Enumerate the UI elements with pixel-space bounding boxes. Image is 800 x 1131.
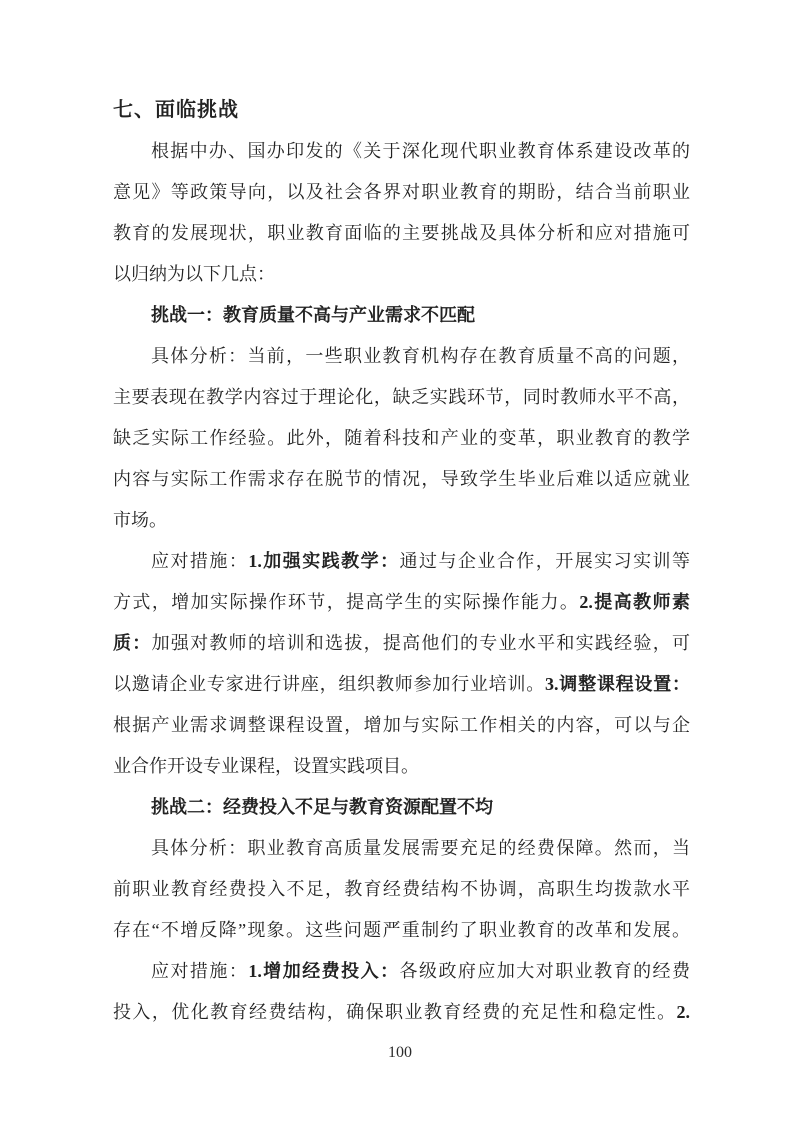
text-run: 具体分析：职业教育高质量发展需要充足的经费保障。然而，当 xyxy=(151,838,690,858)
text-line: 存在“不增反降”现象。这些问题严重制约了职业教育的改革和发展。 xyxy=(113,910,690,951)
text-run: 业合作开设专业课程，设置实践项目。 xyxy=(113,756,419,776)
text-run: 内容与实际工作需求存在脱节的情况，导致学生毕业后难以适应就业 xyxy=(113,469,690,489)
text-run: 缺乏实际工作经验。此外，随着科技和产业的变革，职业教育的教学 xyxy=(113,428,690,448)
text-line: 教育的发展现状，职业教育面临的主要挑战及具体分析和应对措施可 xyxy=(113,213,690,254)
text-run: 应对措施： xyxy=(151,551,248,571)
bold-text-run: 2. xyxy=(677,1002,691,1022)
text-line: 以归纳为以下几点： xyxy=(113,254,690,295)
bold-text-run: 挑战一：教育质量不高与产业需求不匹配 xyxy=(151,305,475,325)
text-run: 通过与企业合作，开展实习实训等 xyxy=(400,551,690,571)
text-run: 根据中办、国办印发的《关于深化现代职业教育体系建设改革的 xyxy=(151,141,690,161)
text-line: 挑战二：经费投入不足与教育资源配置不均 xyxy=(113,787,690,828)
text-run: 方式，增加实际操作环节，提高学生的实际操作能力。 xyxy=(113,592,579,612)
text-line: 投入，优化教育经费结构，确保职业教育经费的充足性和稳定性。2. xyxy=(113,992,690,1033)
bold-text-run: 挑战二：经费投入不足与教育资源配置不均 xyxy=(151,797,493,817)
text-line: 应对措施：1.增加经费投入：各级政府应加大对职业教育的经费 xyxy=(113,951,690,992)
text-run: 以邀请企业专家进行讲座，组织教师参加行业培训。 xyxy=(113,674,545,694)
text-line: 内容与实际工作需求存在脱节的情况，导致学生毕业后难以适应就业 xyxy=(113,459,690,500)
bold-text-run: 1.加强实践教学： xyxy=(248,551,399,571)
text-run: 教育的发展现状，职业教育面临的主要挑战及具体分析和应对措施可 xyxy=(113,223,690,243)
text-line: 意见》等政策导向，以及社会各界对职业教育的期盼，结合当前职业 xyxy=(113,172,690,213)
bold-text-run: 质： xyxy=(113,633,152,653)
text-line: 挑战一：教育质量不高与产业需求不匹配 xyxy=(113,295,690,336)
text-run: 前职业教育经费投入不足，教育经费结构不协调，高职生均拨款水平 xyxy=(113,879,690,899)
text-run: 投入，优化教育经费结构，确保职业教育经费的充足性和稳定性。 xyxy=(113,1002,677,1022)
document-content: 七、面临挑战 根据中办、国办印发的《关于深化现代职业教育体系建设改革的意见》等政… xyxy=(113,90,690,1033)
text-line: 以邀请企业专家进行讲座，组织教师参加行业培训。3.调整课程设置： xyxy=(113,664,690,705)
text-run: 各级政府应加大对职业教育的经费 xyxy=(400,961,690,981)
document-body: 根据中办、国办印发的《关于深化现代职业教育体系建设改革的意见》等政策导向，以及社… xyxy=(113,131,690,1033)
text-run: 以归纳为以下几点： xyxy=(113,264,275,284)
bold-text-run: 1.增加经费投入： xyxy=(248,961,399,981)
text-line: 市场。 xyxy=(113,500,690,541)
text-run: 意见》等政策导向，以及社会各界对职业教育的期盼，结合当前职业 xyxy=(113,182,690,202)
text-run: 具体分析：当前，一些职业教育机构存在教育质量不高的问题， xyxy=(151,346,690,366)
bold-text-run: 3.调整课程设置： xyxy=(545,674,690,694)
text-run: 应对措施： xyxy=(151,961,248,981)
text-run: 存在“不增反降”现象。这些问题严重制约了职业教育的改革和发展。 xyxy=(113,920,690,940)
text-line: 具体分析：当前，一些职业教育机构存在教育质量不高的问题， xyxy=(113,336,690,377)
section-heading: 七、面临挑战 xyxy=(113,90,690,131)
page-number: 100 xyxy=(0,1043,800,1063)
text-run: 根据产业需求调整课程设置，增加与实际工作相关的内容，可以与企 xyxy=(113,715,690,735)
text-line: 应对措施：1.加强实践教学：通过与企业合作，开展实习实训等 xyxy=(113,541,690,582)
document-page: 七、面临挑战 根据中办、国办印发的《关于深化现代职业教育体系建设改革的意见》等政… xyxy=(0,0,800,1131)
text-line: 业合作开设专业课程，设置实践项目。 xyxy=(113,746,690,787)
text-line: 根据中办、国办印发的《关于深化现代职业教育体系建设改革的 xyxy=(113,131,690,172)
text-line: 缺乏实际工作经验。此外，随着科技和产业的变革，职业教育的教学 xyxy=(113,418,690,459)
text-line: 质：加强对教师的培训和选拔，提高他们的专业水平和实践经验，可 xyxy=(113,623,690,664)
text-line: 具体分析：职业教育高质量发展需要充足的经费保障。然而，当 xyxy=(113,828,690,869)
text-run: 市场。 xyxy=(113,510,167,530)
text-line: 方式，增加实际操作环节，提高学生的实际操作能力。2.提高教师素 xyxy=(113,582,690,623)
text-run: 加强对教师的培训和选拔，提高他们的专业水平和实践经验，可 xyxy=(152,633,690,653)
text-line: 前职业教育经费投入不足，教育经费结构不协调，高职生均拨款水平 xyxy=(113,869,690,910)
text-line: 根据产业需求调整课程设置，增加与实际工作相关的内容，可以与企 xyxy=(113,705,690,746)
bold-text-run: 2.提高教师素 xyxy=(579,592,690,612)
text-run: 主要表现在教学内容过于理论化，缺乏实践环节，同时教师水平不高， xyxy=(113,387,690,407)
text-line: 主要表现在教学内容过于理论化，缺乏实践环节，同时教师水平不高， xyxy=(113,377,690,418)
